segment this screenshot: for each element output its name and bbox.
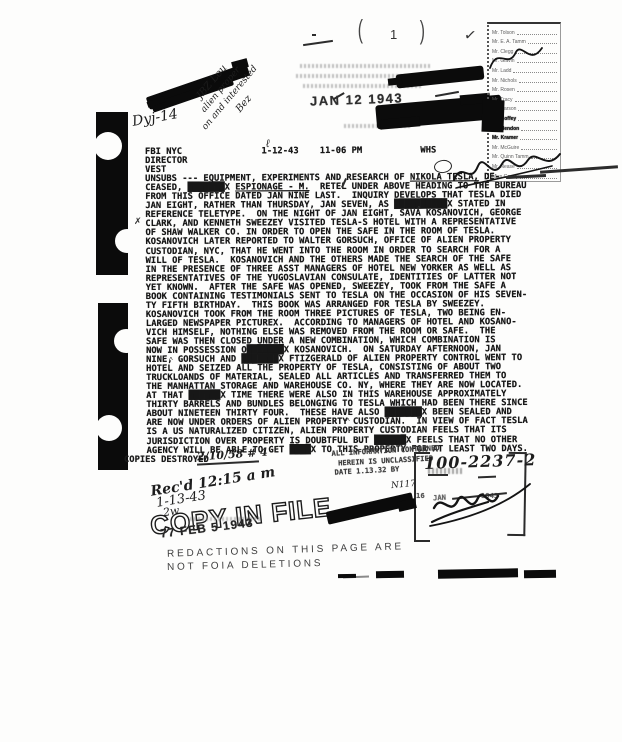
- scan-edge-bar: [98, 303, 128, 470]
- redactions-note-line1: REDACTIONS ON THIS PAGE ARE: [167, 541, 404, 559]
- caret-mark: ^: [417, 205, 421, 214]
- punch-hole: [115, 229, 139, 253]
- punch-hole: [114, 329, 138, 353]
- file-number: 100-2237-2: [424, 450, 537, 473]
- paren-close-mark: ): [420, 15, 425, 46]
- handwritten-note-n117: N117: [391, 479, 417, 491]
- routing-name: Mr. Rosen: [492, 84, 558, 94]
- signature-scribble: [486, 40, 548, 76]
- paren-open-mark: (: [358, 14, 363, 45]
- handwritten-id-note: Dyj-14: [131, 106, 179, 130]
- routing-name: Mr. Kramer: [492, 132, 558, 142]
- redaction-bar: [388, 77, 403, 85]
- dash-mark: [303, 40, 333, 46]
- redactions-note-line2: NOT FOIA DELETIONS: [167, 558, 324, 573]
- dash-mark: [312, 34, 316, 36]
- scanned-fbi-teletype-page: ( 1 ) ✓ JBZ Lou alien proper on and inte…: [0, 0, 622, 742]
- punch-hole: [94, 132, 122, 160]
- punch-hole: [96, 415, 122, 441]
- margin-x-mark: ✗: [134, 216, 142, 227]
- redaction-bar: [396, 65, 485, 88]
- redaction-bar: [380, 116, 421, 129]
- digit-one-mark: 1: [390, 27, 397, 42]
- caret-mark: ^: [346, 417, 350, 426]
- checkmark: ✓: [463, 25, 478, 45]
- ink-smudge: [438, 568, 518, 578]
- pen-underline: [428, 474, 448, 476]
- ink-smudge: [338, 574, 356, 578]
- caret-mark: ^: [169, 356, 173, 365]
- signature-scribble: [424, 478, 536, 533]
- redaction-bar: [481, 100, 504, 133]
- ink-smudge: [524, 570, 556, 579]
- pen-scribble: [435, 91, 459, 97]
- teletype-body: FBI NYC 1-12-43 11-06 PM WHS DIRECTOR VE…: [145, 146, 528, 456]
- ink-smudge: [376, 571, 404, 578]
- faint-print-row: [300, 64, 432, 68]
- routing-name: Mr. Tolson: [492, 26, 558, 36]
